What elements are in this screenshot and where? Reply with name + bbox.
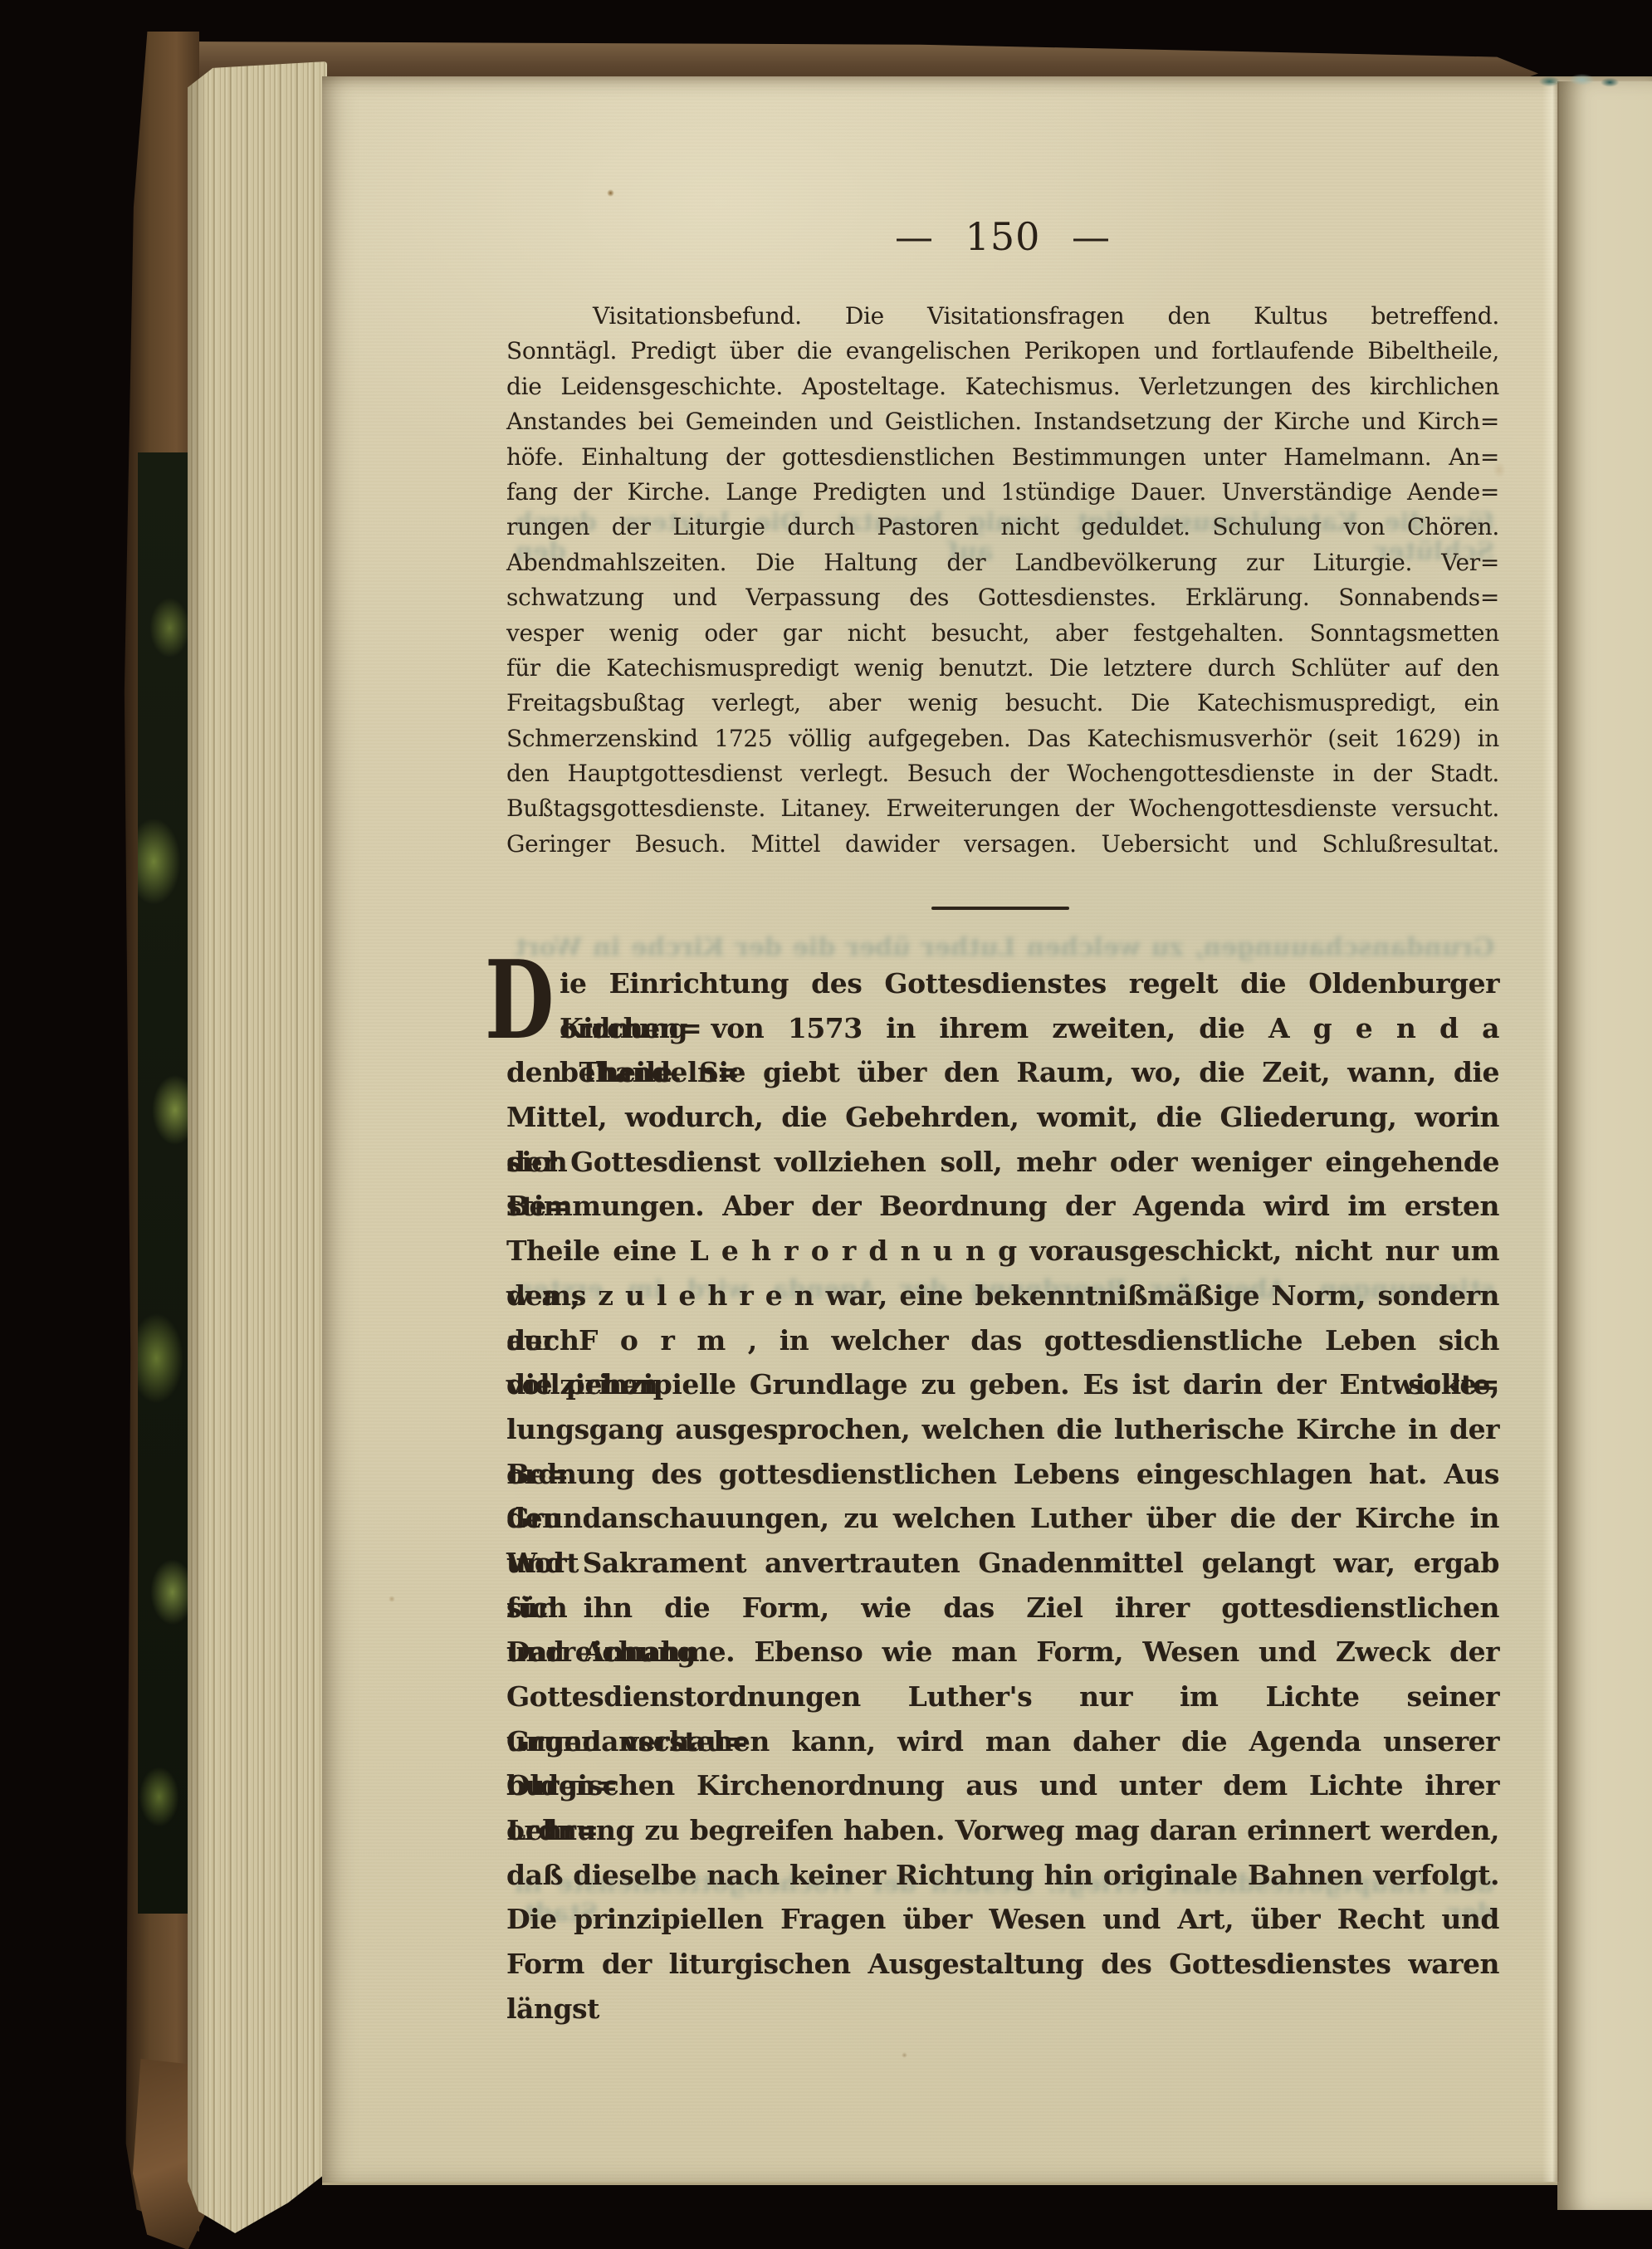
- text-line: Form der liturgischen Ausgestaltung des …: [506, 1942, 1499, 1987]
- text-line: ordnung von 1573 in ihrem zweiten, die A…: [506, 1006, 1499, 1051]
- text-line: Die prinzipiellen Fragen über Wesen und …: [506, 1897, 1499, 1942]
- text-line: fang der Kirche. Lange Predigten und 1st…: [506, 475, 1499, 510]
- scanned-book-photo: für die Katechismuspredigt wenig benutzt…: [0, 0, 1652, 2249]
- section-divider-rule: [931, 907, 1069, 910]
- text-line: und Sakrament anvertrauten Gnadenmittel …: [506, 1541, 1499, 1586]
- paper-stain: [902, 2052, 907, 2058]
- text-line: Mittel, wodurch, die Gebehrden, womit, d…: [506, 1095, 1499, 1140]
- text-line: Gottesdienstordnungen Luther's nur im Li…: [506, 1675, 1499, 1719]
- text-line: vesper wenig oder gar nicht besucht, abe…: [506, 616, 1499, 651]
- gutter-highlight: [1542, 83, 1559, 2182]
- text-line: den Theile. Sie giebt über den Raum, wo,…: [506, 1050, 1499, 1095]
- text-line: für ihn die Form, wie das Ziel ihrer got…: [506, 1586, 1499, 1631]
- text-line: und Annahme. Ebenso wie man Form, Wesen …: [506, 1630, 1499, 1675]
- text-line: Grundanschauungen, zu welchen Luther übe…: [506, 1496, 1499, 1541]
- text-line: der F o r m , in welcher das gottesdiens…: [506, 1318, 1499, 1363]
- text-line: daß dieselbe nach keiner Richtung hin or…: [506, 1853, 1499, 1898]
- text-line: Theile eine L e h r o r d n u n g voraus…: [506, 1229, 1499, 1274]
- text-line: ordnung des gottesdienstlichen Lebens ei…: [506, 1452, 1499, 1497]
- text-line: stimmungen. Aber der Beordnung der Agend…: [506, 1184, 1499, 1229]
- text-line: Visitationsbefund. Die Visitationsfragen…: [506, 299, 1499, 334]
- text-line: Geringer Besuch. Mittel dawider versagen…: [506, 827, 1499, 862]
- paper-stain: [607, 189, 614, 197]
- summary-paragraph: Visitationsbefund. Die Visitationsfragen…: [506, 299, 1499, 862]
- text-line: den Hauptgottesdienst verlegt. Besuch de…: [506, 756, 1499, 791]
- text-line: lungsgang ausgesprochen, welchen die lut…: [506, 1407, 1499, 1452]
- text-line: Freitagsbußtag verlegt, aber wenig besuc…: [506, 686, 1499, 721]
- body-paragraph: ie Einrichtung des Gottesdienstes regelt…: [506, 961, 1499, 1987]
- text-line: burgischen Kirchenordnung aus und unter …: [506, 1763, 1499, 1808]
- text-line: Bußtagsgottesdienste. Litaney. Erweiteru…: [506, 791, 1499, 826]
- text-line: ordnung zu begreifen haben. Vorweg mag d…: [506, 1808, 1499, 1853]
- paper-stain: [389, 1596, 395, 1602]
- facing-page-gutter: [1557, 81, 1652, 2210]
- page-edge-stack: [188, 61, 327, 2233]
- text-line: ie Einrichtung des Gottesdienstes regelt…: [506, 961, 1499, 1006]
- text-line: Abendmahlszeiten. Die Haltung der Landbe…: [506, 545, 1499, 580]
- text-line: höfe. Einhaltung der gottesdienstlichen …: [506, 440, 1499, 475]
- text-line: für die Katechismuspredigt wenig benutzt…: [506, 651, 1499, 686]
- cover-marble-edge: [138, 452, 191, 1914]
- cover-corner-marble: [1531, 71, 1624, 90]
- text-line: der Gottesdienst vollziehen soll, mehr o…: [506, 1140, 1499, 1185]
- text-line: die Leidensgeschichte. Aposteltage. Kate…: [506, 369, 1499, 404]
- text-line: Schmerzenskind 1725 völlig aufgegeben. D…: [506, 721, 1499, 756]
- text-line: w a s z u l e h r e n war, eine bekenntn…: [506, 1274, 1499, 1318]
- text-line: schwatzung und Verpassung des Gottesdien…: [506, 580, 1499, 615]
- text-line: Sonntägl. Predigt über die evangelischen…: [506, 334, 1499, 369]
- text-line: Anstandes bei Gemeinden und Geistlichen.…: [506, 404, 1499, 439]
- text-line: die prinzipielle Grundlage zu geben. Es …: [506, 1362, 1499, 1407]
- page-number: — 150 —: [506, 214, 1499, 259]
- text-line: rungen der Liturgie durch Pastoren nicht…: [506, 510, 1499, 545]
- text-line: ungen verstehen kann, wird man daher die…: [506, 1719, 1499, 1764]
